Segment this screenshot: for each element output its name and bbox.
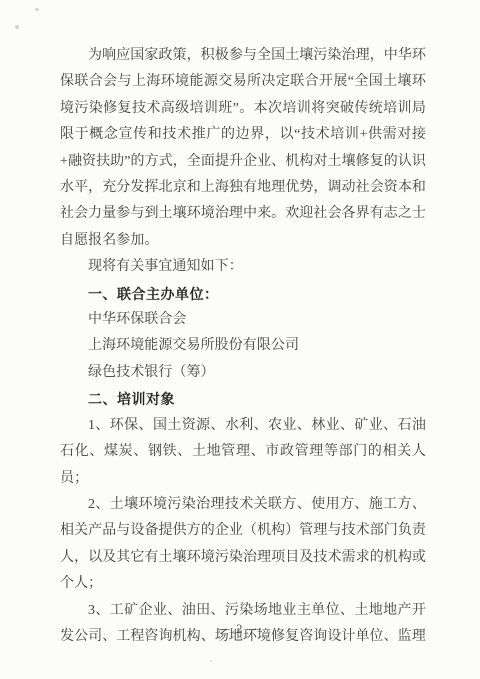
trainee-item: 2、土壤环境污染治理技术关联方、使用方、施工方、相关产品与设备提供方的企业（机构… (60, 492, 426, 598)
intro-paragraph: 为响应国家政策，积极参与全国土壤污染治理，中华环保联合会与上海环境能源交易所决定… (60, 43, 426, 254)
section-2-heading: 二、培训对象 (60, 386, 426, 412)
document-body: 为响应国家政策，积极参与全国土壤污染治理，中华环保联合会与上海环境能源交易所决定… (60, 43, 426, 650)
trainee-item: 1、环保、国土资源、水利、农业、林业、矿业、石油石化、煤炭、钢铁、土地管理、市政… (60, 413, 426, 492)
scan-speck (210, 660, 212, 662)
scan-speck (35, 7, 40, 11)
organizer-item: 绿色技术银行（筹） (60, 360, 426, 386)
organizer-item: 上海环境能源交易所股份有限公司 (60, 333, 426, 359)
scanned-document-page: 为响应国家政策，积极参与全国土壤污染治理，中华环保联合会与上海环境能源交易所决定… (0, 0, 480, 679)
section-1-heading: 一、联合主办单位： (60, 281, 426, 307)
page-number: — 2 — (0, 621, 480, 637)
scan-speck (15, 25, 19, 29)
notice-line: 现将有关事宜通知如下： (60, 254, 426, 280)
organizer-item: 中华环保联合会 (60, 307, 426, 333)
